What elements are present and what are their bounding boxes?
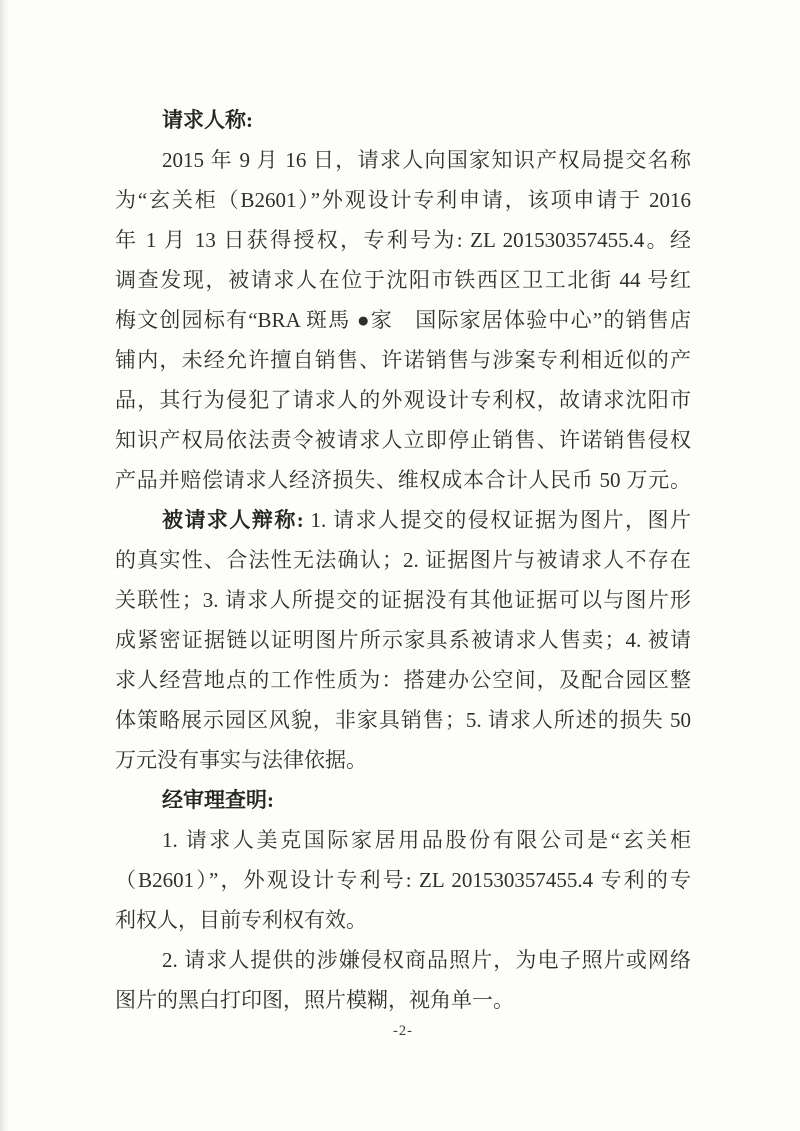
text-line: 梅文创园标有“BRA 斑馬 ●家 国际家居体验中心”的销售店 <box>115 300 691 340</box>
text-line: 1. 请求人美克国际家居用品股份有限公司是“玄关柜 <box>115 820 691 860</box>
text-line: 请求人称: <box>115 100 691 140</box>
text-line: 2. 请求人提供的涉嫌侵权商品照片，为电子照片或网络 <box>115 940 691 980</box>
text-line: 年 1 月 13 日获得授权，专利号为: ZL 201530357455.4。经 <box>115 220 691 260</box>
text-line: 体策略展示园区风貌，非家具销售；5. 请求人所述的损失 50 <box>115 700 691 740</box>
text-line: 成紧密证据链以证明图片所示家具系被请求人售卖；4. 被请 <box>115 620 691 660</box>
text-line: 2015 年 9 月 16 日，请求人向国家知识产权局提交名称 <box>115 140 691 180</box>
text-line: 万元没有事实与法律依据。 <box>115 740 691 780</box>
text-line: 为“玄关柜（B2601）”外观设计专利申请，该项申请于 2016 <box>115 180 691 220</box>
paragraph: 2015 年 9 月 16 日，请求人向国家知识产权局提交名称为“玄关柜（B26… <box>115 140 691 500</box>
text-line: 利权人，目前专利权有效。 <box>115 900 691 940</box>
text-line: 的真实性、合法性无法确认；2. 证据图片与被请求人不存在 <box>115 540 691 580</box>
bold-label: 被请求人辩称: <box>162 508 304 532</box>
text-line: 求人经营地点的工作性质为：搭建办公空间，及配合园区整 <box>115 660 691 700</box>
text-line: 铺内，未经允许擅自销售、许诺销售与涉案专利相近似的产 <box>115 340 691 380</box>
text-line: 品，其行为侵犯了请求人的外观设计专利权，故请求沈阳市 <box>115 380 691 420</box>
section-heading: 经审理查明: <box>115 780 691 820</box>
text-line: 被请求人辩称: 1. 请求人提交的侵权证据为图片，图片 <box>115 500 691 540</box>
text-line: 调查发现，被请求人在位于沈阳市铁西区卫工北街 44 号红 <box>115 260 691 300</box>
text-line: 图片的黑白打印图，照片模糊，视角单一。 <box>115 980 691 1020</box>
bold-label: 经审理查明: <box>162 788 274 812</box>
paragraph: 2. 请求人提供的涉嫌侵权商品照片，为电子照片或网络图片的黑白打印图，照片模糊，… <box>115 940 691 1020</box>
text-line: 关联性；3. 请求人所提交的证据没有其他证据可以与图片形 <box>115 580 691 620</box>
page-number: -2- <box>115 1023 691 1040</box>
paragraph: 被请求人辩称: 1. 请求人提交的侵权证据为图片，图片的真实性、合法性无法确认；… <box>115 500 691 780</box>
text-line: （B2601）”，外观设计专利号: ZL 201530357455.4 专利的专 <box>115 860 691 900</box>
text-line: 经审理查明: <box>115 780 691 820</box>
text-line: 产品并赔偿请求人经济损失、维权成本合计人民币 50 万元。 <box>115 460 691 500</box>
text-line: 知识产权局依法责令被请求人立即停止销售、许诺销售侵权 <box>115 420 691 460</box>
document-body: 请求人称:2015 年 9 月 16 日，请求人向国家知识产权局提交名称为“玄关… <box>115 100 691 1020</box>
bold-label: 请求人称: <box>162 108 253 132</box>
paragraph: 1. 请求人美克国际家居用品股份有限公司是“玄关柜（B2601）”，外观设计专利… <box>115 820 691 940</box>
scan-edge-shadow <box>0 0 9 1131</box>
section-heading: 请求人称: <box>115 100 691 140</box>
